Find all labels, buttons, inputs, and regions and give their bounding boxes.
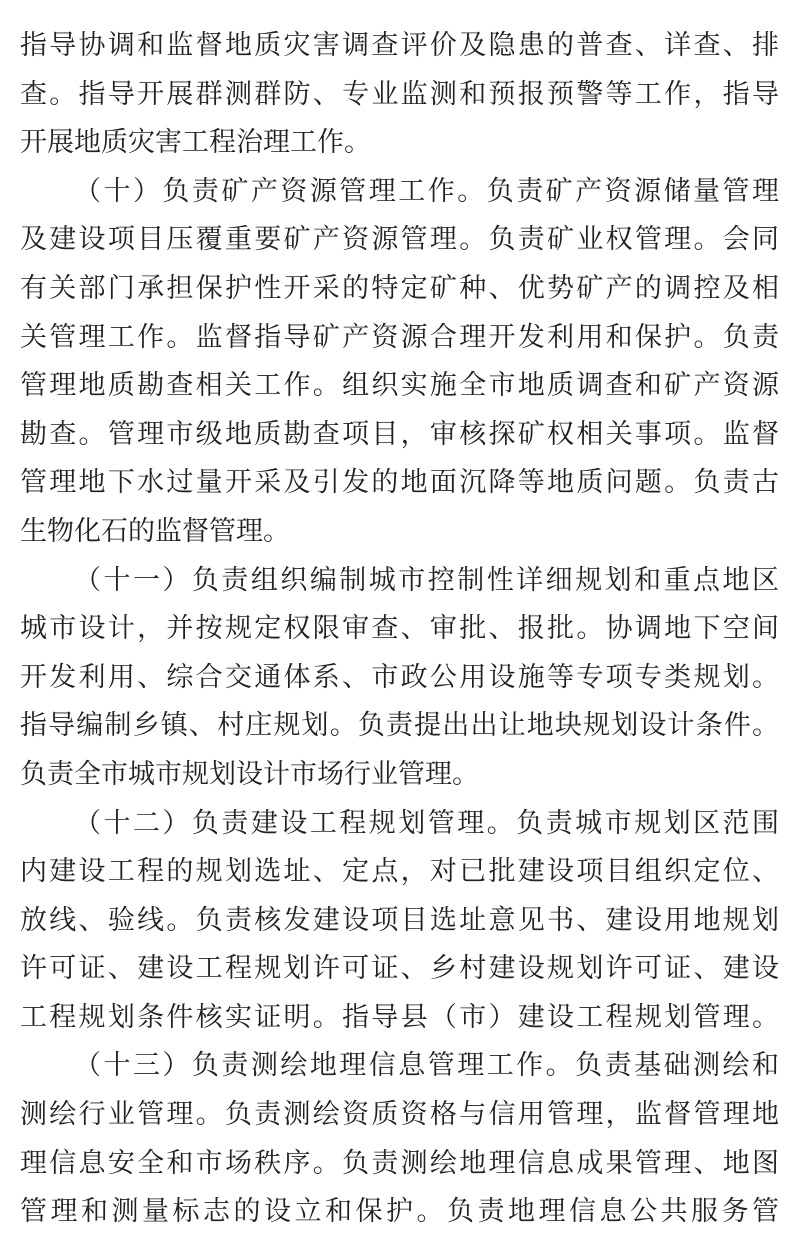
text-line: 管理地质勘查相关工作。组织实施全市地质调查和矿产资源 <box>20 361 779 410</box>
text-line: 关管理工作。监督指导矿产资源合理开发利用和保护。负责 <box>20 313 779 362</box>
text-line: 开发利用、综合交通体系、市政公用设施等专项专类规划。 <box>20 653 779 702</box>
text-line: （十一）负责组织编制城市控制性详细规划和重点地区 <box>20 556 779 605</box>
text-line: 内建设工程的规划选址、定点，对已批建设项目组织定位、 <box>20 847 779 896</box>
text-line: （十）负责矿产资源管理工作。负责矿产资源储量管理 <box>20 167 779 216</box>
text-line: 城市设计，并按规定权限审查、审批、报批。协调地下空间 <box>20 604 779 653</box>
text-line: 管理和测量标志的设立和保护。负责地理信息公共服务管 <box>20 1187 779 1236</box>
text-line: 指导协调和监督地质灾害调查评价及隐患的普查、详查、排 <box>20 21 779 70</box>
text-line: 有关部门承担保护性开采的特定矿种、优势矿产的调控及相 <box>20 264 779 313</box>
text-line: 查。指导开展群测群防、专业监测和预报预警等工作，指导 <box>20 70 779 119</box>
paragraph-item-13-surveying-mapping: （十三）负责测绘地理信息管理工作。负责基础测绘和 测绘行业管理。负责测绘资质资格… <box>20 1041 779 1235</box>
text-line: （十三）负责测绘地理信息管理工作。负责基础测绘和 <box>20 1041 779 1090</box>
text-line: 放线、验线。负责核发建设项目选址意见书、建设用地规划 <box>20 896 779 945</box>
paragraph-geological-disaster-continuation: 指导协调和监督地质灾害调查评价及隐患的普查、详查、排 查。指导开展群测群防、专业… <box>20 21 779 167</box>
text-line: 工程规划条件核实证明。指导县（市）建设工程规划管理。 <box>20 993 779 1042</box>
text-line: 许可证、建设工程规划许可证、乡村建设规划许可证、建设 <box>20 944 779 993</box>
paragraph-item-10-mineral-resources: （十）负责矿产资源管理工作。负责矿产资源储量管理 及建设项目压覆重要矿产资源管理… <box>20 167 779 556</box>
paragraph-item-11-urban-planning: （十一）负责组织编制城市控制性详细规划和重点地区 城市设计，并按规定权限审查、审… <box>20 556 779 799</box>
text-line: 及建设项目压覆重要矿产资源管理。负责矿业权管理。会同 <box>20 215 779 264</box>
text-line: 测绘行业管理。负责测绘资质资格与信用管理，监督管理地 <box>20 1090 779 1139</box>
document-page: 指导协调和监督地质灾害调查评价及隐患的普查、详查、排 查。指导开展群测群防、专业… <box>0 0 799 1254</box>
text-line: 开展地质灾害工程治理工作。 <box>20 118 779 167</box>
text-line: 管理地下水过量开采及引发的地面沉降等地质问题。负责古 <box>20 458 779 507</box>
text-line: 理信息安全和市场秩序。负责测绘地理信息成果管理、地图 <box>20 1139 779 1188</box>
text-line: （十二）负责建设工程规划管理。负责城市规划区范围 <box>20 799 779 848</box>
text-line: 负责全市城市规划设计市场行业管理。 <box>20 750 779 799</box>
paragraph-item-12-construction-planning: （十二）负责建设工程规划管理。负责城市规划区范围 内建设工程的规划选址、定点，对… <box>20 799 779 1042</box>
text-line: 指导编制乡镇、村庄规划。负责提出出让地块规划设计条件。 <box>20 701 779 750</box>
text-line: 勘查。管理市级地质勘查项目，审核探矿权相关事项。监督 <box>20 410 779 459</box>
text-line: 生物化石的监督管理。 <box>20 507 779 556</box>
